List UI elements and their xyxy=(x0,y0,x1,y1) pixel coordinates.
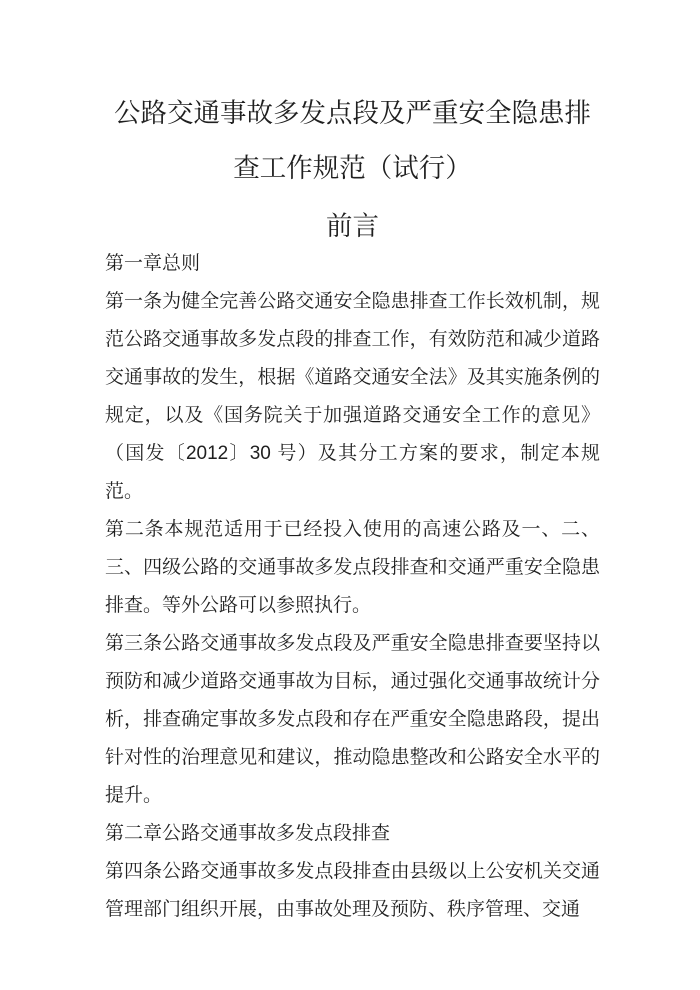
document-page: 公路交通事故多发点段及严重安全隐患排查工作规范（试行） 前言 第一章总则第一条为… xyxy=(0,0,700,990)
body-paragraph: 第四条公路交通事故多发点段排查由县级以上公安机关交通管理部门组织开展，由事故处理… xyxy=(105,853,600,929)
document-content: 公路交通事故多发点段及严重安全隐患排查工作规范（试行） 前言 第一章总则第一条为… xyxy=(105,0,600,929)
body-paragraph: 第三条公路交通事故多发点段及严重安全隐患排查要坚持以预防和减少道路交通事故为目标… xyxy=(105,625,600,815)
body-paragraph: 第二条本规范适用于已经投入使用的高速公路及一、二、三、四级公路的交通事故多发点段… xyxy=(105,511,600,625)
section-heading: 第二章公路交通事故多发点段排查 xyxy=(105,815,600,853)
document-body: 第一章总则第一条为健全完善公路交通安全隐患排查工作长效机制，规范公路交通事故多发… xyxy=(105,245,600,929)
document-subtitle: 前言 xyxy=(105,212,600,240)
body-paragraph: 第一条为健全完善公路交通安全隐患排查工作长效机制，规范公路交通事故多发点段的排查… xyxy=(105,283,600,511)
section-heading: 第一章总则 xyxy=(105,245,600,283)
document-title: 公路交通事故多发点段及严重安全隐患排查工作规范（试行） xyxy=(105,0,600,196)
